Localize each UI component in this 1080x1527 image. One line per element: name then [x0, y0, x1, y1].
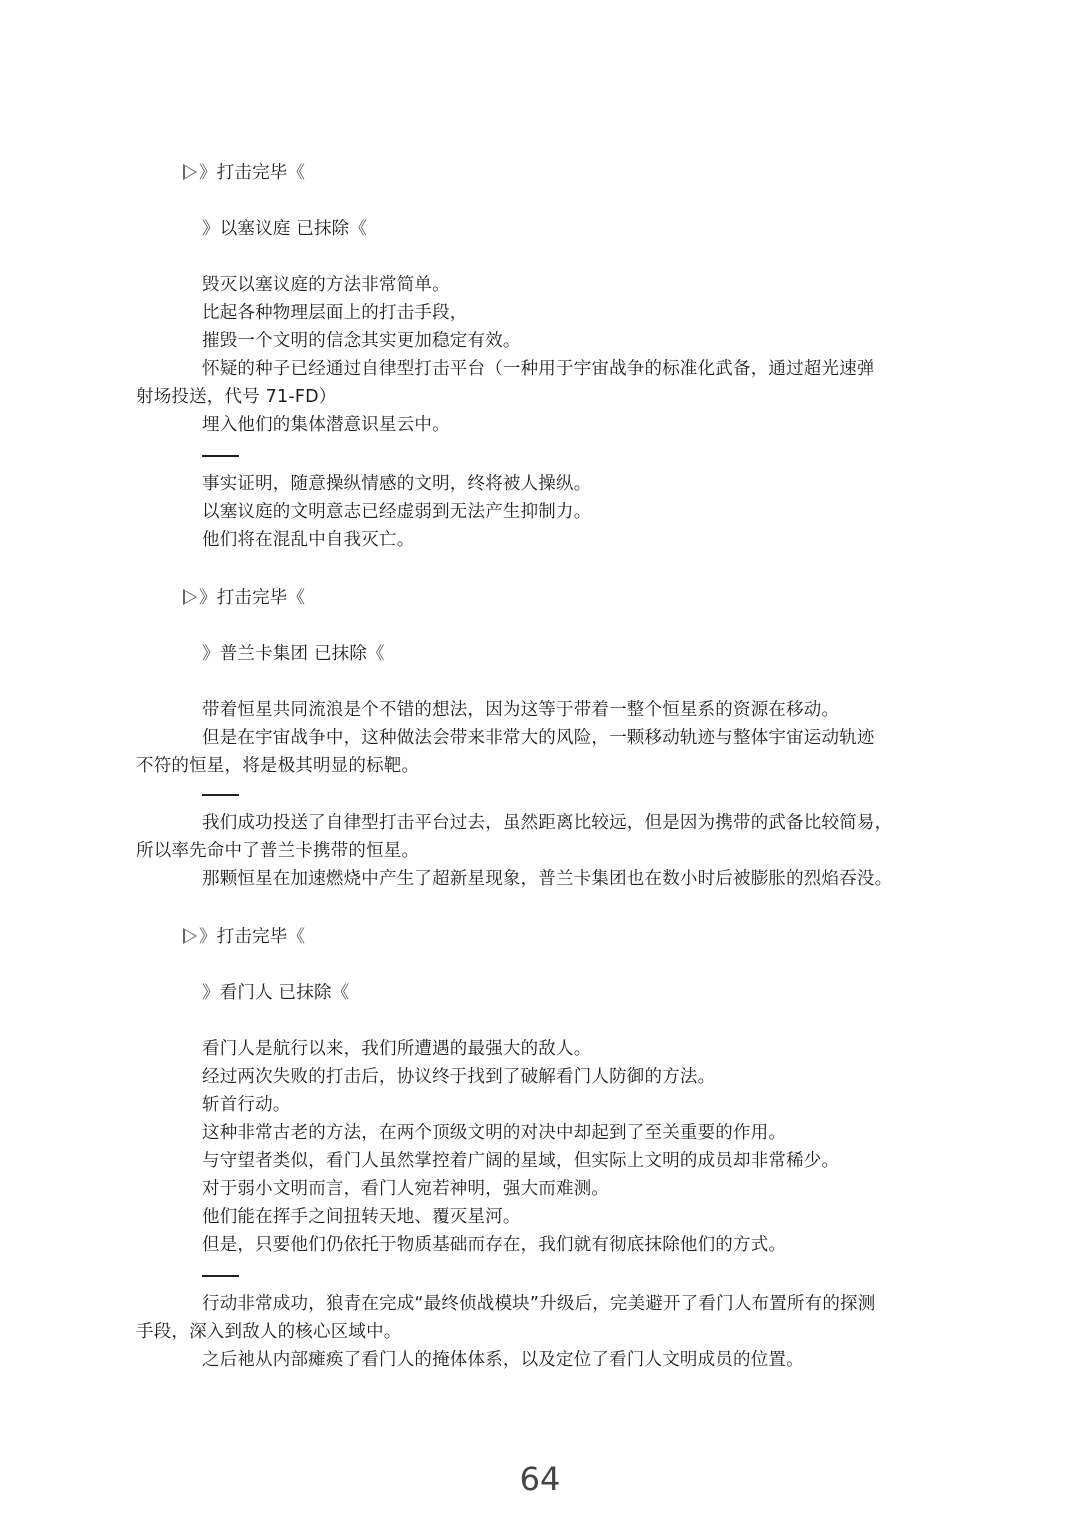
triangle-right-icon [183, 164, 197, 180]
body-line: 这种非常古老的方法，在两个顶级文明的对决中却起到了至关重要的作用。 [202, 1122, 786, 1144]
body-line: 看门人是航行以来，我们所遭遇的最强大的敌人。 [202, 1038, 591, 1060]
body-line: 斩首行动。 [202, 1094, 291, 1116]
body-line: 我们成功投送了自律型打击平台过去，虽然距离比较远，但是因为携带的武备比较简易， [202, 812, 892, 834]
marker-text: 》打击完毕《 [199, 927, 305, 947]
body-line: 行动非常成功，狼青在完成“最终侦战模块”升级后，完美避开了看门人布置所有的探测 [202, 1293, 875, 1315]
body-line: 所以率先命中了普兰卡携带的恒星。 [136, 840, 419, 862]
body-line: 以塞议庭的文明意志已经虚弱到无法产生抑制力。 [202, 501, 591, 523]
body-line: 带着恒星共同流浪是个不错的想法，因为这等于带着一整个恒星系的资源在移动。 [202, 699, 839, 721]
body-line: 比起各种物理层面上的打击手段， [202, 302, 468, 324]
body-line: 手段，深入到敌人的核心区域中。 [136, 1321, 402, 1343]
section-marker: 》打击完毕《 [183, 162, 305, 184]
page-number: 64 [0, 1460, 1080, 1498]
body-line: 经过两次失败的打击后，协议终于找到了破解看门人防御的方法。 [202, 1066, 715, 1088]
section-title: 》看门人 已抹除《 [202, 982, 349, 1004]
divider-rule [202, 794, 239, 796]
section-title: 》以塞议庭 已抹除《 [202, 218, 367, 240]
body-line: 事实证明，随意操纵情感的文明，终将被人操纵。 [202, 473, 591, 495]
triangle-right-icon [183, 589, 197, 605]
section-marker: 》打击完毕《 [183, 587, 305, 609]
marker-text: 》打击完毕《 [199, 588, 305, 608]
document-page: 》打击完毕《 》以塞议庭 已抹除《 毁灭以塞议庭的方法非常简单。 比起各种物理层… [0, 0, 1080, 1527]
divider-rule [202, 455, 239, 457]
body-line: 不符的恒星，将是极其明显的标靶。 [136, 755, 419, 777]
body-line: 那颗恒星在加速燃烧中产生了超新星现象，普兰卡集团也在数小时后被膨胀的烈焰吞没。 [202, 868, 892, 890]
body-line: 之后祂从内部瘫痪了看门人的掩体体系，以及定位了看门人文明成员的位置。 [202, 1349, 804, 1371]
body-line: 他们能在挥手之间扭转天地、覆灭星河。 [202, 1206, 521, 1228]
body-line: 但是，只要他们仍依托于物质基础而存在，我们就有彻底抹除他们的方式。 [202, 1234, 786, 1256]
body-line: 对于弱小文明而言，看门人宛若神明，强大而难测。 [202, 1178, 609, 1200]
body-line: 与守望者类似，看门人虽然掌控着广阔的星域，但实际上文明的成员却非常稀少。 [202, 1150, 839, 1172]
body-line: 毁灭以塞议庭的方法非常简单。 [202, 274, 450, 296]
body-line: 摧毁一个文明的信念其实更加稳定有效。 [202, 330, 521, 352]
section-title: 》普兰卡集团 已抹除《 [202, 643, 385, 665]
triangle-right-icon [183, 928, 197, 944]
body-line: 怀疑的种子已经通过自律型打击平台（一种用于宇宙战争的标准化武备，通过超光速弹 [202, 358, 875, 380]
section-marker: 》打击完毕《 [183, 926, 305, 948]
divider-rule [202, 1275, 239, 1277]
body-line: 他们将在混乱中自我灭亡。 [202, 529, 414, 551]
body-line: 射场投送，代号 71-FD） [136, 386, 337, 408]
marker-text: 》打击完毕《 [199, 163, 305, 183]
body-line: 但是在宇宙战争中，这种做法会带来非常大的风险，一颗移动轨迹与整体宇宙运动轨迹 [202, 727, 875, 749]
body-line: 埋入他们的集体潜意识星云中。 [202, 414, 450, 436]
